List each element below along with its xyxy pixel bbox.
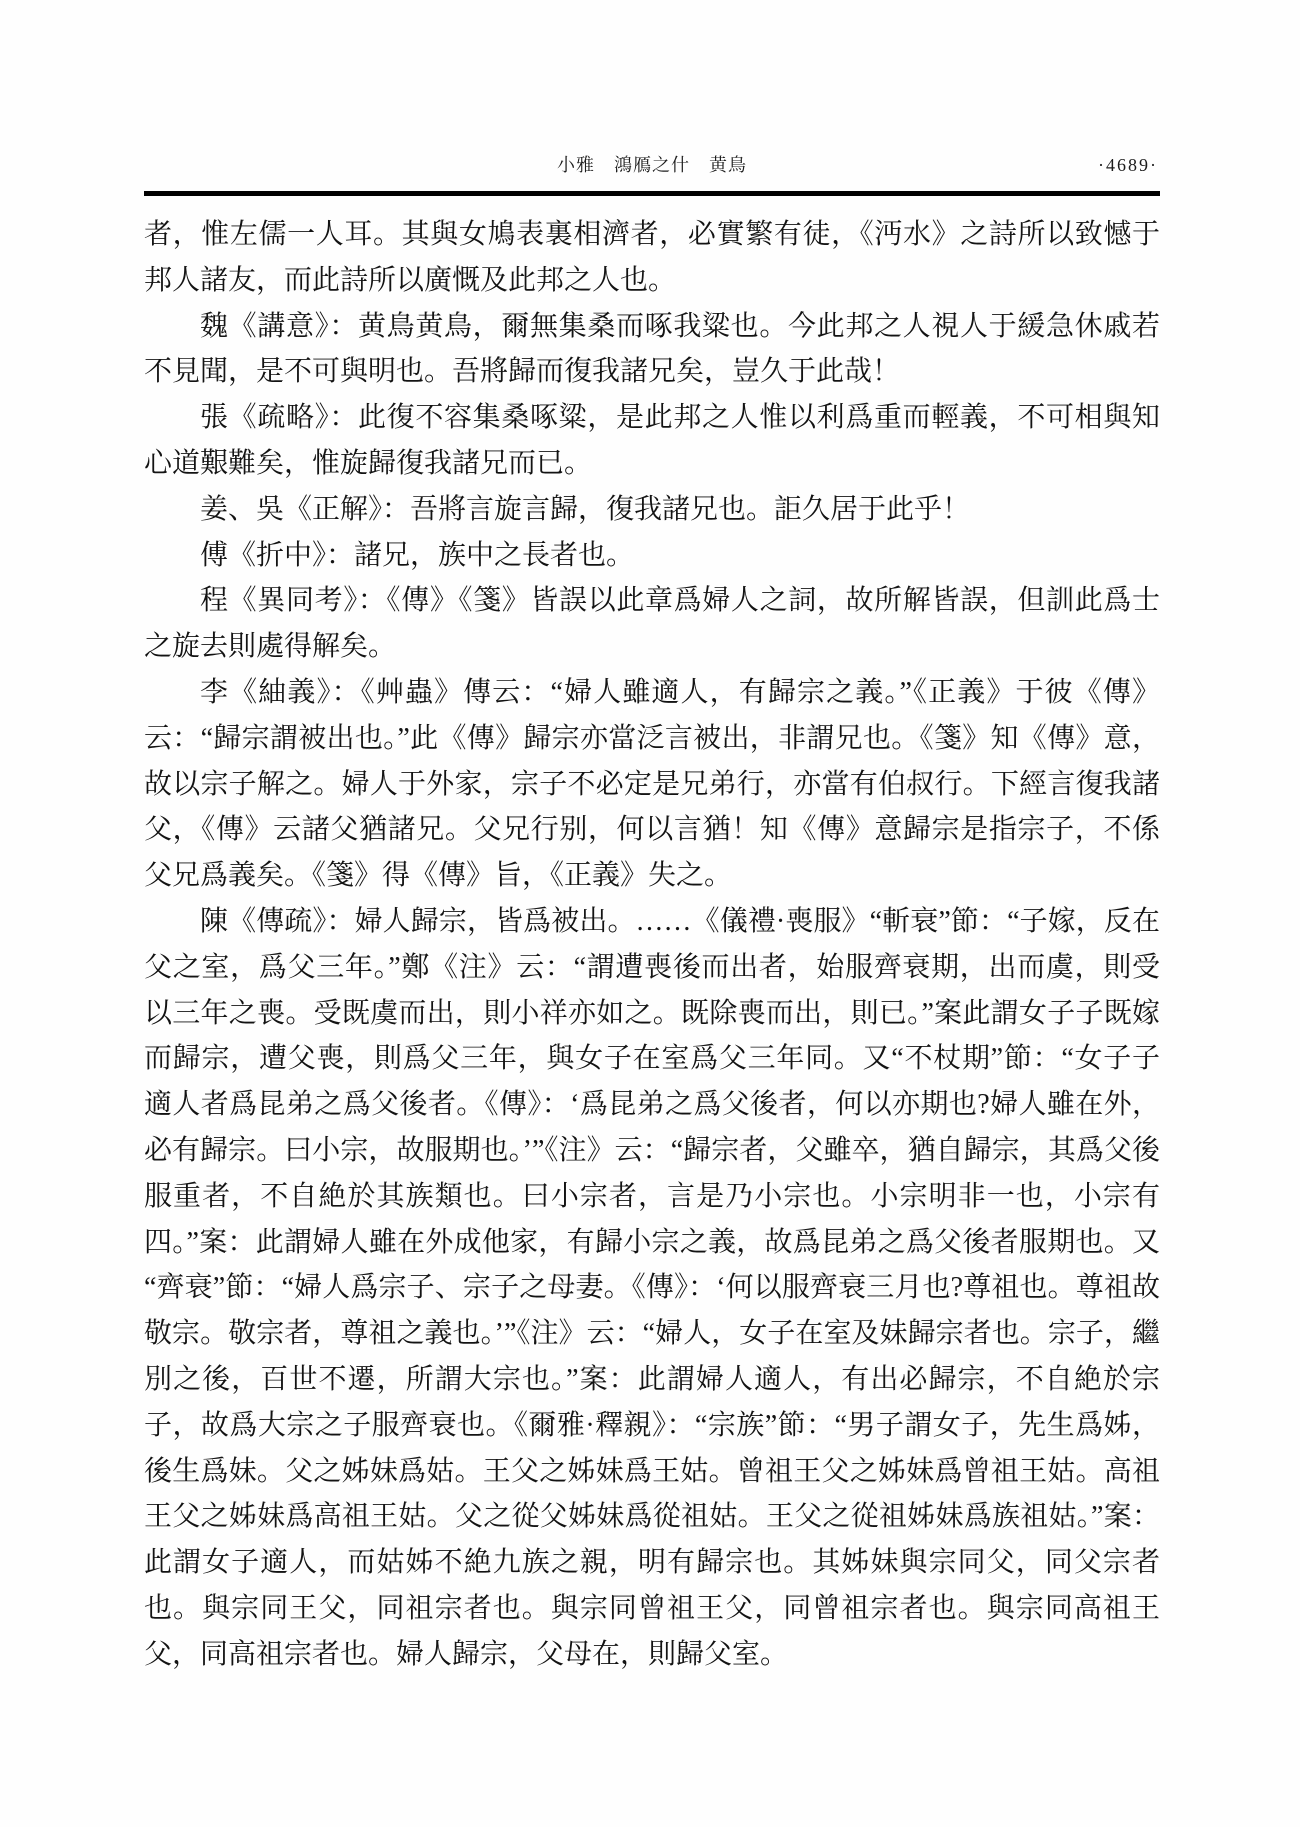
paragraph: 傅《折中》：諸兄，族中之長者也。 [144, 533, 1160, 579]
paragraph: 魏《講意》：黄鳥黄鳥，爾無集桑而啄我粱也。今此邦之人視人于緩急休戚若不見聞，是不… [144, 304, 1160, 396]
paragraph: 張《疏略》：此復不容集桑啄粱，是此邦之人惟以利爲重而輕義，不可相與知心道艱難矣，… [144, 395, 1160, 487]
body-text: 者，惟左儒一人耳。其與女鳩表裏相濟者，必實繁有徒，《沔水》之詩所以致憾于邦人諸友… [144, 212, 1160, 1678]
header-rule [144, 191, 1160, 196]
paragraph: 李《紬義》：《艸蟲》傳云：“婦人雖適人，有歸宗之義。”《正義》于彼《傳》云：“歸… [144, 670, 1160, 899]
paragraph: 程《異同考》：《傳》《箋》皆誤以此章爲婦人之詞，故所解皆誤，但訓此爲士之旋去則處… [144, 578, 1160, 670]
paragraph: 姜、吳《正解》：吾將言旋言歸，復我諸兄也。詎久居于此乎！ [144, 487, 1160, 533]
section-title: 小雅 鴻鴈之什 黄鳥 [144, 152, 1160, 178]
paragraph: 者，惟左儒一人耳。其與女鳩表裏相濟者，必實繁有徒，《沔水》之詩所以致憾于邦人諸友… [144, 212, 1160, 304]
book-page: 小雅 鴻鴈之什 黄鳥 ·4689· 者，惟左儒一人耳。其與女鳩表裏相濟者，必實繁… [0, 0, 1300, 1827]
paragraph: 陳《傳疏》：婦人歸宗，皆爲被出。……《儀禮·喪服》“斬衰”節：“子嫁，反在父之室… [144, 899, 1160, 1678]
page-header: 小雅 鴻鴈之什 黄鳥 ·4689· [144, 152, 1160, 178]
page-number: ·4689· [1098, 152, 1158, 178]
